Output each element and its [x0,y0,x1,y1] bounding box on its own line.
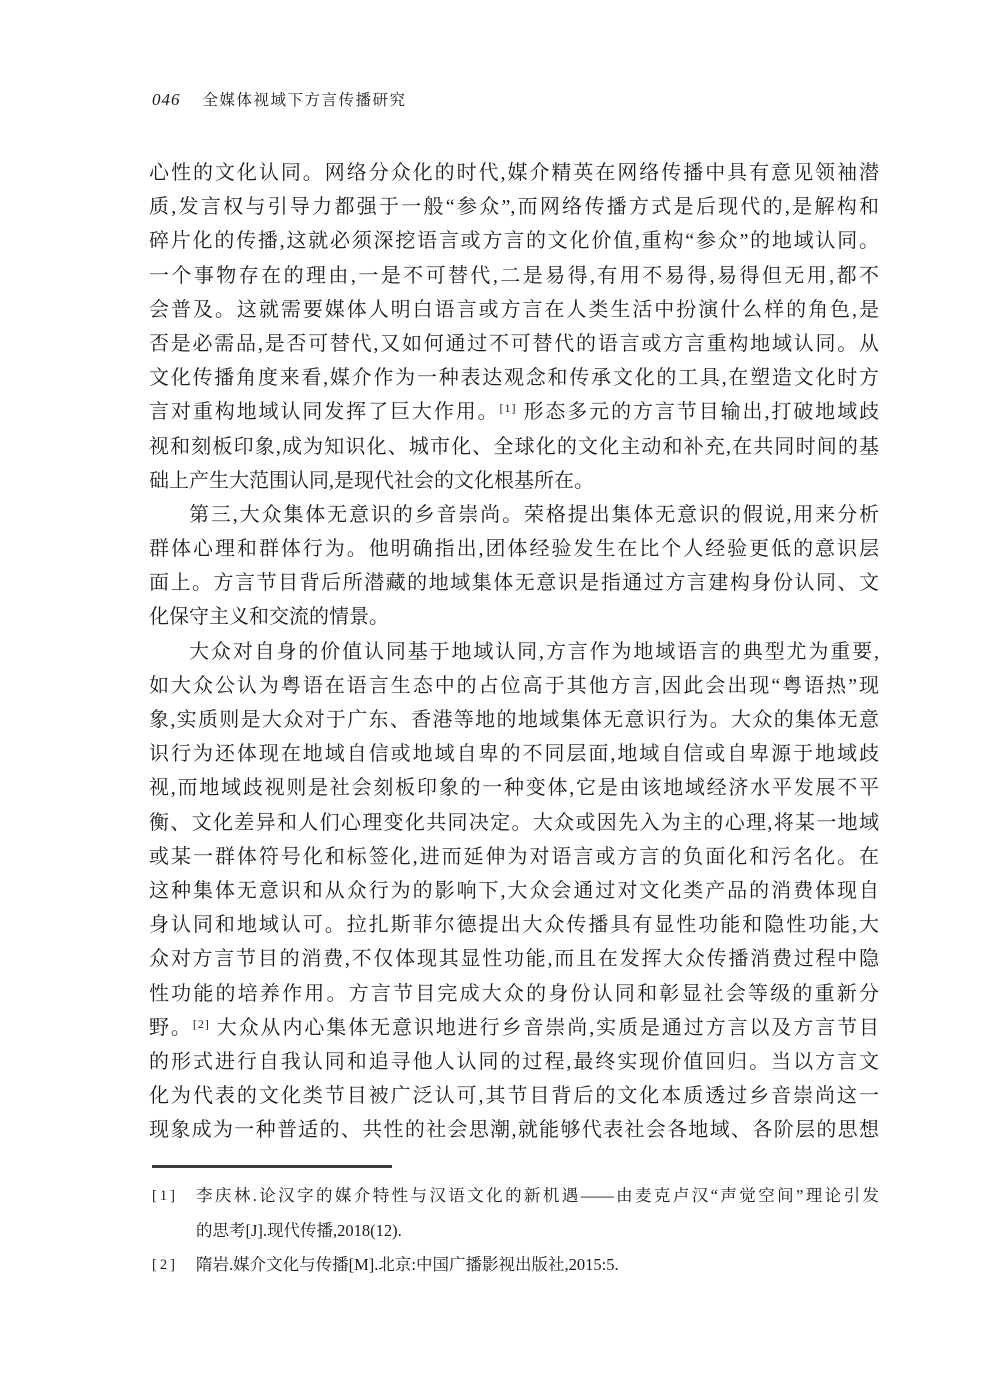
body-line: 大众对自身的价值认同基于地域认同,方言作为地域语言的典型尤为重要, [149,635,879,669]
body-line: 衡、文化差异和人们心理变化共同决定。大众或因先入为主的心理,将某一地域 [149,806,879,840]
footnote-line: 隋岩.媒介文化与传播[M].北京:中国广播影视出版社,2015:5. [196,1248,879,1283]
body-line: 野。[2] 大众从内心集体无意识地进行乡音崇尚,实质是通过方言以及方言节目 [149,1011,879,1045]
running-title: 全媒体视域下方言传播研究 [203,88,407,110]
footnote-marker: [1] [152,1179,196,1248]
book-page: 046 全媒体视域下方言传播研究 心性的文化认同。网络分众化的时代,媒介精英在网… [0,0,998,1395]
body-line: 如大众公认为粤语在语言生态中的占位高于其他方言,因此会出现“粤语热”现 [149,669,879,703]
body-line: 心性的文化认同。网络分众化的时代,媒介精英在网络传播中具有意见领袖潜 [149,156,879,190]
body-line: 化保守主义和交流的情景。 [149,600,879,634]
footnote-text: 隋岩.媒介文化与传播[M].北京:中国广播影视出版社,2015:5. [196,1248,879,1283]
body-line: 会普及。这就需要媒体人明白语言或方言在人类生活中扮演什么样的角色,是 [149,293,879,327]
footnote-item: [1]李庆林.论汉字的媒介特性与汉语文化的新机遇——由麦克卢汉“声觉空间”理论引… [152,1179,879,1248]
body-line: 现象成为一种普适的、共性的社会思潮,就能够代表社会各地域、各阶层的思想 [149,1113,879,1147]
body-line: 否是必需品,是否可替代,又如何通过不可替代的语言或方言重构地域认同。从 [149,327,879,361]
body-line: 文化传播角度来看,媒介作为一种表达观念和传承文化的工具,在塑造文化时方 [149,361,879,395]
page-number: 046 [152,90,181,110]
body-line: 或某一群体符号化和标签化,进而延伸为对语言或方言的负面化和污名化。在 [149,840,879,874]
body-line: 视,而地域歧视则是社会刻板印象的一种变体,它是由该地域经济水平发展不平 [149,771,879,805]
body-line: 面上。方言节目背后所潜藏的地域集体无意识是指通过方言建构身份认同、文 [149,566,879,600]
body-line: 身认同和地域认可。拉扎斯菲尔德提出大众传播具有显性功能和隐性功能,大 [149,908,879,942]
body-line: 识行为还体现在地域自信或地域自卑的不同层面,地域自信或自卑源于地域歧 [149,737,879,771]
body-line: 言对重构地域认同发挥了巨大作用。[1] 形态多元的方言节目输出,打破地域歧 [149,395,879,429]
footnote-line: 李庆林.论汉字的媒介特性与汉语文化的新机遇——由麦克卢汉“声觉空间”理论引发 [196,1179,879,1214]
body-line: 这种集体无意识和从众行为的影响下,大众会通过对文化类产品的消费体现自 [149,874,879,908]
footnote-line: 的思考[J].现代传播,2018(12). [196,1214,879,1249]
footnote-rule [152,1165,392,1168]
footnote-marker: [2] [152,1248,196,1283]
body-line: 群体心理和群体行为。他明确指出,团体经验发生在比个人经验更低的意识层 [149,532,879,566]
footnote-list: [1]李庆林.论汉字的媒介特性与汉语文化的新机遇——由麦克卢汉“声觉空间”理论引… [152,1179,879,1283]
footnote-text: 李庆林.论汉字的媒介特性与汉语文化的新机遇——由麦克卢汉“声觉空间”理论引发的思… [196,1179,879,1248]
body-line: 一个事物存在的理由,一是不可替代,二是易得,有用不易得,易得但无用,都不 [149,259,879,293]
footnote-ref: [1] [500,401,517,415]
body-line: 视和刻板印象,成为知识化、城市化、全球化的文化主动和补充,在共同时间的基 [149,430,879,464]
body-line: 质,发言权与引导力都强于一般“参众”,而网络传播方式是后现代的,是解构和 [149,190,879,224]
page-header: 046 全媒体视域下方言传播研究 [152,88,407,110]
body-line: 化为代表的文化类节目被广泛认可,其节目背后的文化本质透过乡音崇尚这一 [149,1079,879,1113]
body-line: 碎片化的传播,这就必须深挖语言或方言的文化价值,重构“参众”的地域认同。 [149,224,879,258]
body-text: 心性的文化认同。网络分众化的时代,媒介精英在网络传播中具有意见领袖潜质,发言权与… [149,156,879,1147]
body-line: 础上产生大范围认同,是现代社会的文化根基所在。 [149,464,879,498]
body-line: 第三,大众集体无意识的乡音崇尚。荣格提出集体无意识的假说,用来分析 [149,498,879,532]
body-line: 的形式进行自我认同和追寻他人认同的过程,最终实现价值回归。当以方言文 [149,1045,879,1079]
body-line: 众对方言节目的消费,不仅体现其显性功能,而且在发挥大众传播消费过程中隐 [149,942,879,976]
footnote-item: [2]隋岩.媒介文化与传播[M].北京:中国广播影视出版社,2015:5. [152,1248,879,1283]
footnotes-section: [1]李庆林.论汉字的媒介特性与汉语文化的新机遇——由麦克卢汉“声觉空间”理论引… [152,1165,879,1283]
footnote-ref: [2] [193,1017,210,1031]
body-line: 性功能的培养作用。方言节目完成大众的身份认同和彰显社会等级的重新分 [149,977,879,1011]
body-line: 象,实质则是大众对于广东、香港等地的地域集体无意识行为。大众的集体无意 [149,703,879,737]
